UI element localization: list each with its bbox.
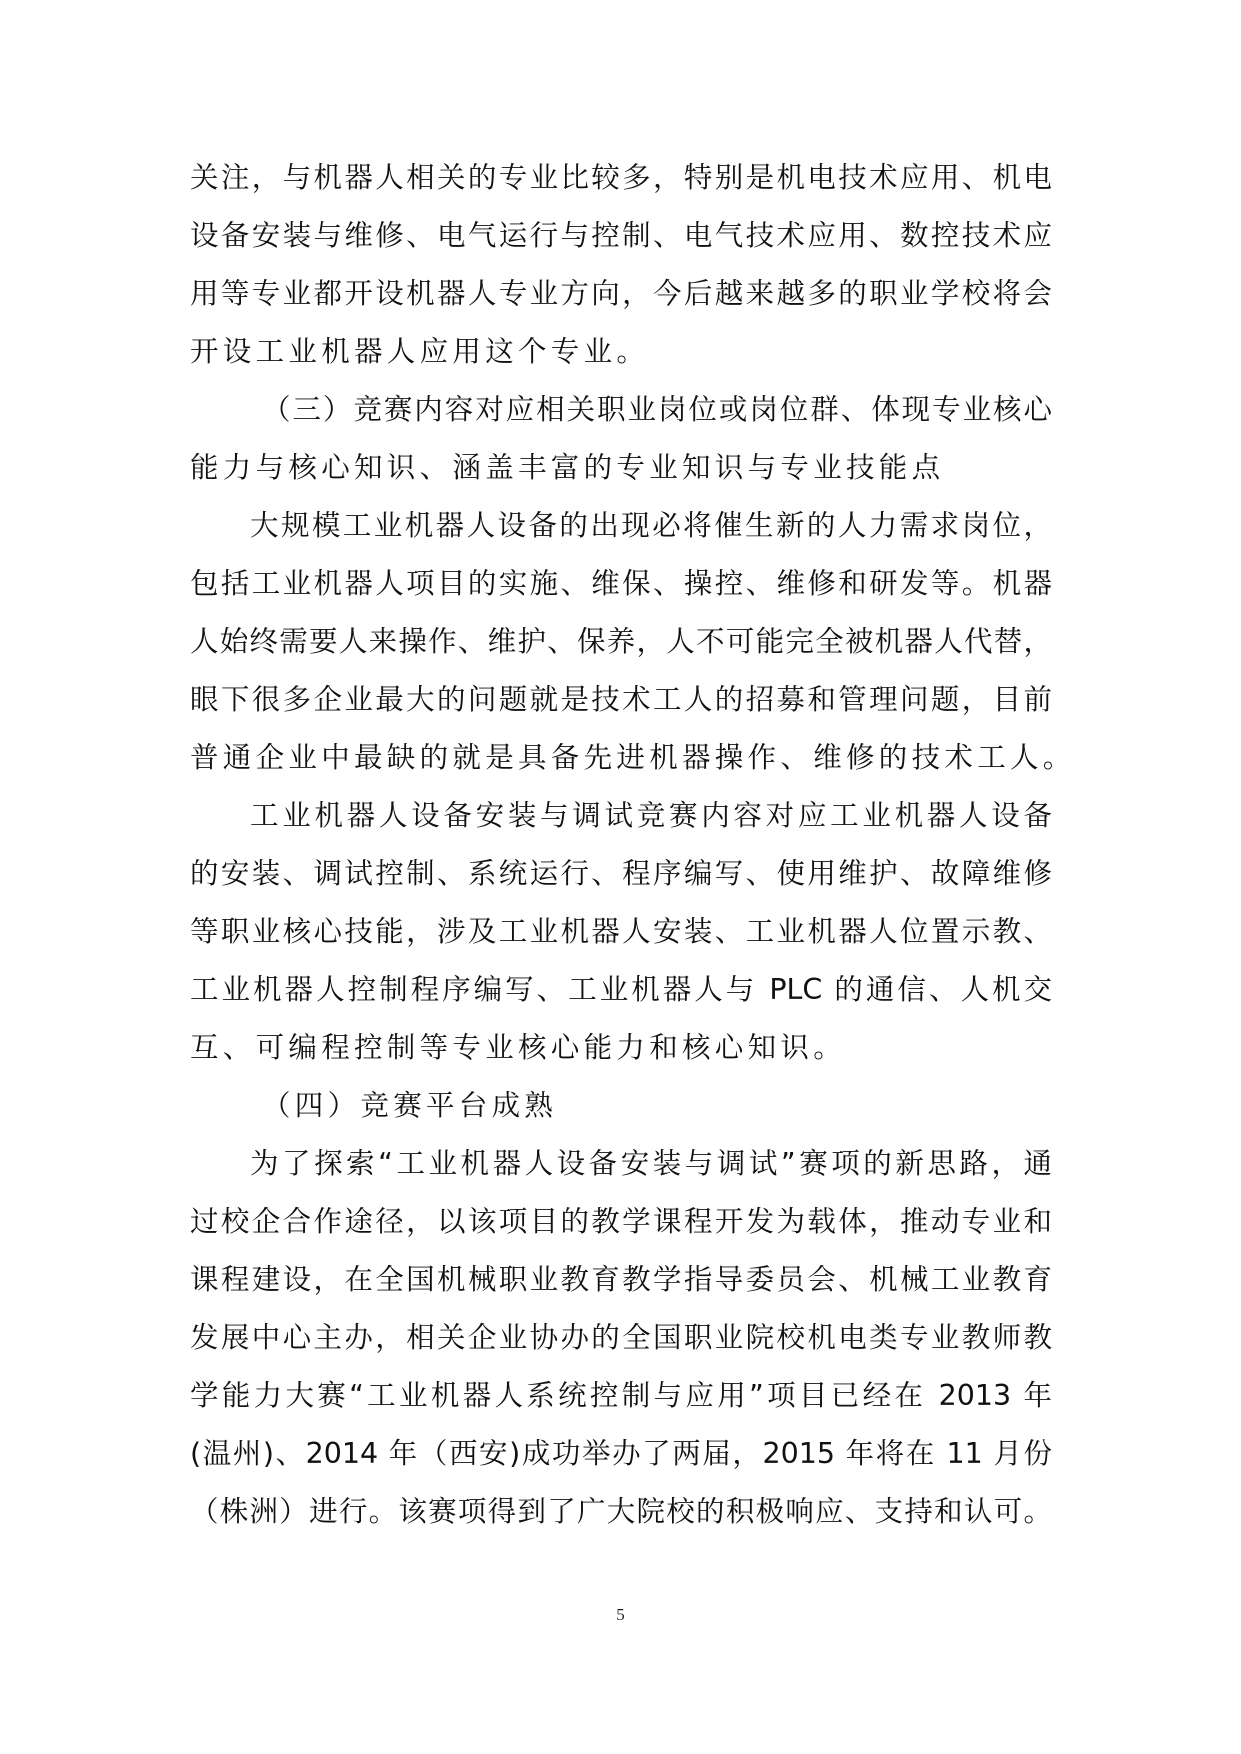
text-line: 用等专业都开设机器人专业方向，今后越来越多的职业学校将会 xyxy=(190,274,1052,314)
text-line: 为了探索“工业机器人设备安装与调试”赛项的新思路，通 xyxy=(250,1144,1052,1184)
section-heading-line: 能力与核心知识、涵盖丰富的专业知识与专业技能点 xyxy=(190,448,944,488)
text-line: 人始终需要人来操作、维护、保养，人不可能完全被机器人代替， xyxy=(190,622,1052,662)
text-line: 学能力大赛“工业机器人系统控制与应用”项目已经在 2013 年 xyxy=(190,1376,1052,1416)
document-page: 关注，与机器人相关的专业比较多，特别是机电技术应用、机电 设备安装与维修、电气运… xyxy=(0,0,1241,1754)
section-heading-line: （三）竞赛内容对应相关职业岗位或岗位群、体现专业核心 xyxy=(262,390,1052,430)
text-line: 互、可编程控制等专业核心能力和核心知识。 xyxy=(190,1028,846,1068)
text-line: 发展中心主办，相关企业协办的全国职业院校机电类专业教师教 xyxy=(190,1318,1052,1358)
text-line: 的安装、调试控制、系统运行、程序编写、使用维护、故障维修 xyxy=(190,854,1052,894)
text-line: 过校企合作途径，以该项目的教学课程开发为载体，推动专业和 xyxy=(190,1202,1052,1242)
text-line: 关注，与机器人相关的专业比较多，特别是机电技术应用、机电 xyxy=(190,158,1052,198)
text-line: 普通企业中最缺的就是具备先进机器操作、维修的技术工人。 xyxy=(190,738,1076,778)
text-line: (温州)、2014 年（西安)成功举办了两届，2015 年将在 11 月份 xyxy=(190,1434,1052,1474)
text-line: 设备安装与维修、电气运行与控制、电气技术应用、数控技术应 xyxy=(190,216,1052,256)
section-heading-line: （四）竞赛平台成熟 xyxy=(262,1086,557,1126)
text-line: 课程建设，在全国机械职业教育教学指导委员会、机械工业教育 xyxy=(190,1260,1052,1300)
text-line: 工业机器人设备安装与调试竞赛内容对应工业机器人设备 xyxy=(250,796,1052,836)
page-number: 5 xyxy=(0,1605,1241,1625)
text-line: 眼下很多企业最大的问题就是技术工人的招募和管理问题，目前 xyxy=(190,680,1052,720)
text-line: 工业机器人控制程序编写、工业机器人与 PLC 的通信、人机交 xyxy=(190,970,1052,1010)
text-line: 开设工业机器人应用这个专业。 xyxy=(190,332,649,372)
text-line: 大规模工业机器人设备的出现必将催生新的人力需求岗位， xyxy=(250,506,1052,546)
text-line: 等职业核心技能，涉及工业机器人安装、工业机器人位置示教、 xyxy=(190,912,1052,952)
text-line: 包括工业机器人项目的实施、维保、操控、维修和研发等。机器 xyxy=(190,564,1052,604)
text-line: （株洲）进行。该赛项得到了广大院校的积极响应、支持和认可。 xyxy=(190,1492,1052,1532)
